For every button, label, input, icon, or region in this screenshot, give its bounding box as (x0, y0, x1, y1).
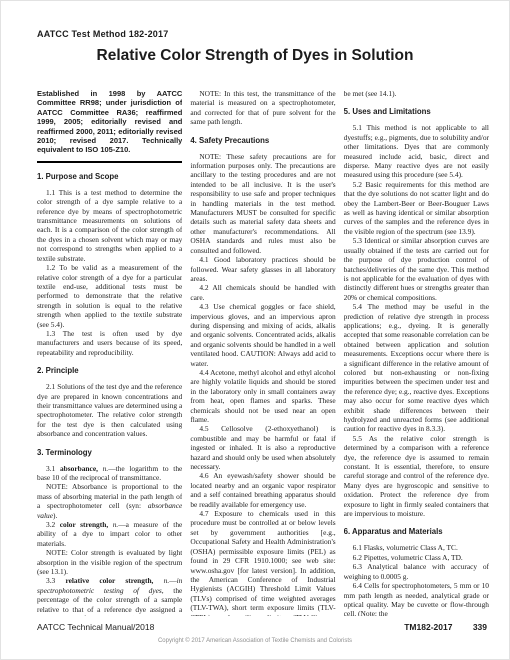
paragraph: 5.4 The method may be useful in the pred… (344, 302, 489, 434)
paragraph: 6.4 Cells for spectrophotometers, 5 mm o… (344, 581, 489, 616)
paragraph: 4.2 All chemicals should be handled with… (190, 283, 335, 302)
section-heading: 2. Principle (37, 366, 182, 375)
paragraph: NOTE: In this test, the transmittance of… (190, 89, 335, 127)
italic-text: n. (153, 576, 169, 585)
column-2: NOTE: In this test, the transmittance of… (190, 89, 335, 616)
method-header: AATCC Test Method 182-2017 (37, 29, 168, 39)
paragraph: 3.1 absorbance, n.—the logarithm to the … (37, 464, 182, 483)
section-heading: 6. Apparatus and Materials (344, 527, 489, 536)
paragraph: 4.7 Exposure to chemicals used in this p… (190, 509, 335, 616)
paragraph: 2.1 Solutions of the test dye and the re… (37, 382, 182, 438)
section-heading: 3. Terminology (37, 448, 182, 457)
paragraph: be met (see 14.1). (344, 89, 489, 98)
paragraph: 6.2 Pipettes, volumetric Class A, TD. (344, 553, 489, 562)
paragraph: 4.4 Acetone, methyl alcohol and ethyl al… (190, 368, 335, 424)
paragraph: 4.6 An eyewash/safety shower should be l… (190, 471, 335, 509)
paragraph: 1.3 The test is often used by dye manufa… (37, 329, 182, 357)
paragraph: 4.3 Use chemical goggles or face shield,… (190, 302, 335, 368)
italic-text: n. (98, 464, 108, 473)
paragraph: 4.1 Good laboratory practices should be … (190, 255, 335, 283)
paragraph: 5.1 This method is not applicable to all… (344, 123, 489, 179)
text-run: 3.3 (46, 576, 65, 585)
text-run: ). (53, 511, 57, 520)
columns: Established in 1998 by AATCC Committee R… (37, 89, 489, 616)
paragraph: 3.3 relative color strength, n.—in spect… (37, 576, 182, 616)
paragraph: 6.3 Analytical balance with accuracy of … (344, 562, 489, 581)
paragraph: NOTE: Color strength is evaluated by lig… (37, 548, 182, 576)
text-run: 3.2 (46, 520, 60, 529)
copyright-line: Copyright © 2017 American Association of… (1, 638, 509, 644)
paragraph: 5.2 Basic requirements for this method a… (344, 180, 489, 236)
paragraph: 5.3 Identical or similar absorption curv… (344, 236, 489, 302)
term-label: relative color strength, (65, 576, 153, 585)
page-title: Relative Color Strength of Dyes in Solut… (1, 47, 509, 65)
document-page: AATCC Test Method 182-2017 Relative Colo… (0, 0, 510, 660)
italic-text: n. (108, 520, 118, 529)
section-heading: 1. Purpose and Scope (37, 172, 182, 181)
paragraph: 4.5 Cellosolve (2-ethoxyethanol) is comb… (190, 424, 335, 471)
text-run: 3.1 (46, 464, 60, 473)
paragraph: 1.2 To be valid as a measurement of the … (37, 263, 182, 329)
footer-page-number: 339 (473, 622, 487, 632)
term-label: absorbance, (60, 464, 98, 473)
footer-manual-label: AATCC Technical Manual/2018 (37, 622, 154, 632)
footer-doc-number: TM182-2017 (404, 622, 452, 632)
paragraph: 5.5 As the relative color strength is de… (344, 434, 489, 519)
paragraph: NOTE: Absorbance is proportional to the … (37, 482, 182, 520)
section-heading: 5. Uses and Limitations (344, 107, 489, 116)
paragraph: 1.1 This is a test method to determine t… (37, 188, 182, 263)
paragraph: 3.2 color strength, n.—a measure of the … (37, 520, 182, 548)
column-1: Established in 1998 by AATCC Committee R… (37, 89, 182, 616)
paragraph: NOTE: These safety precautions are for i… (190, 152, 335, 255)
footer-right: TM182-2017 339 (404, 622, 487, 632)
footer: AATCC Technical Manual/2018 TM182-2017 3… (37, 622, 487, 632)
paragraph: 6.1 Flasks, volumetric Class A, TC. (344, 543, 489, 552)
section-heading: 4. Safety Precautions (190, 136, 335, 145)
column-3: be met (see 14.1).5. Uses and Limitation… (344, 89, 489, 616)
term-label: color strength, (60, 520, 108, 529)
text-run: — (169, 576, 176, 585)
established-note: Established in 1998 by AATCC Committee R… (37, 89, 182, 163)
